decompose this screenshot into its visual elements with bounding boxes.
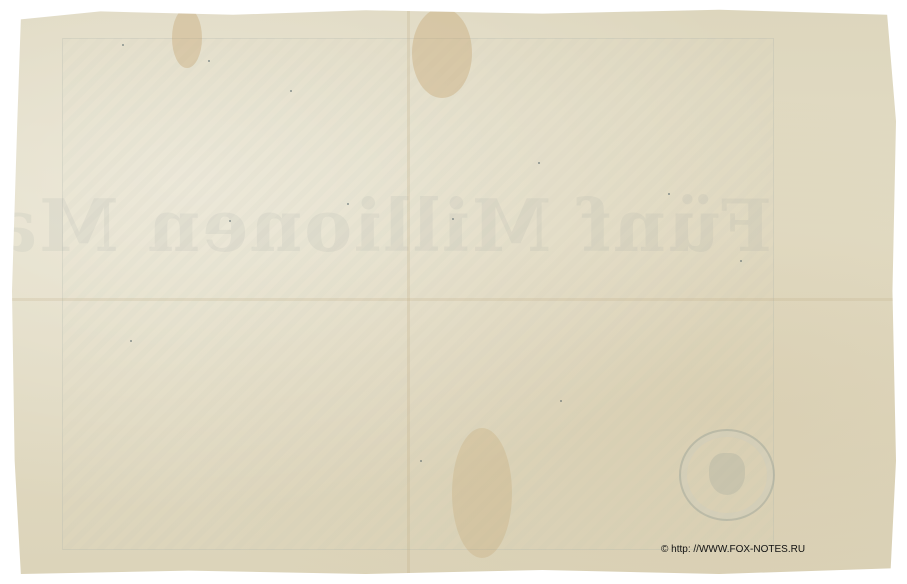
- eagle-stamp-icon: [679, 429, 775, 521]
- ink-speck: [560, 400, 562, 402]
- ink-speck: [668, 193, 670, 195]
- print-frame: [62, 38, 774, 550]
- ink-speck: [420, 460, 422, 462]
- ink-speck: [538, 162, 540, 164]
- ink-speck: [122, 44, 124, 46]
- stain-bottom: [452, 428, 512, 558]
- ink-speck: [347, 203, 349, 205]
- vertical-fold: [407, 8, 410, 574]
- ink-speck: [290, 90, 292, 92]
- stain-top: [412, 8, 472, 98]
- banknote: Fünf Millionen Mark: [12, 8, 896, 574]
- ink-speck: [740, 260, 742, 262]
- ink-speck: [130, 340, 132, 342]
- ink-speck: [229, 220, 231, 222]
- show-through-text: Fünf Millionen Mark: [92, 183, 772, 268]
- horizontal-fold: [12, 298, 896, 301]
- ink-speck: [452, 218, 454, 220]
- ink-speck: [208, 60, 210, 62]
- copyright-watermark: © http: //WWW.FOX-NOTES.RU: [661, 544, 805, 555]
- stain-top-left: [172, 8, 202, 68]
